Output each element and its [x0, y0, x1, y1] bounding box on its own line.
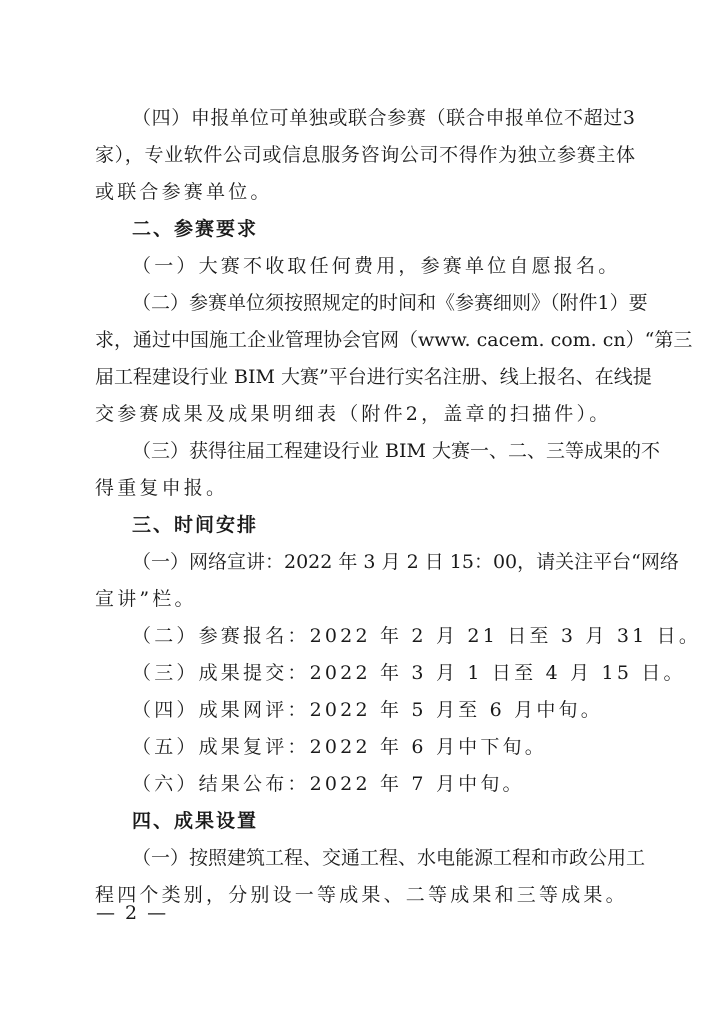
paragraph-line: （一）按照建筑工程、交通工程、水电能源工程和市政公用工: [132, 840, 635, 877]
paragraph-line: 程四个类别，分别设一等成果、二等成果和三等成果。: [95, 877, 628, 914]
paragraph-line: （四）申报单位可单独或联合参赛（联合申报单位不超过3: [132, 100, 635, 137]
paragraph-line: （三）获得往届工程建设行业 BIM 大赛一、二、三等成果的不: [132, 433, 635, 470]
section-heading-awards: 四、成果设置: [132, 803, 258, 840]
paragraph-line: 家），专业软件公司或信息服务咨询公司不得作为独立参赛主体: [95, 137, 635, 174]
section-heading-requirements: 二、参赛要求: [132, 211, 258, 248]
paragraph-line: 宣讲”栏。: [95, 581, 197, 618]
paragraph-line: 交参赛成果及成果明细表（附件2，盖章的扫描件）。: [95, 396, 611, 433]
paragraph-line: 届工程建设行业 BIM 大赛”平台进行实名注册、线上报名、在线提: [95, 359, 635, 396]
paragraph-line: （一）网络宣讲：2022 年 3 月 2 日 15：00，请关注平台“网络: [132, 544, 635, 581]
schedule-item-online-review: （四）成果网评：2022 年 5 月至 6 月中旬。: [132, 692, 603, 729]
schedule-item-final-review: （五）成果复评：2022 年 6 月中下旬。: [132, 729, 547, 766]
paragraph-line: （二）参赛单位须按照规定的时间和《参赛细则》（附件1）要: [132, 285, 635, 322]
page-number: — 2 —: [96, 898, 168, 928]
schedule-item-announcement: （六）结果公布：2022 年 7 月中旬。: [132, 766, 525, 803]
paragraph-line: （一）大赛不收取任何费用，参赛单位自愿报名。: [132, 248, 620, 285]
schedule-item-submission: （三）成果提交：2022 年 3 月 1 日至 4 月 15 日。: [132, 655, 686, 692]
paragraph-line: 或联合参赛单位。: [95, 174, 273, 211]
schedule-item-registration: （二）参赛报名：2022 年 2 月 21 日至 3 月 31 日。: [132, 618, 701, 655]
paragraph-line: 求，通过中国施工企业管理协会官网（www. cacem. com. cn）“第三: [95, 322, 635, 359]
paragraph-line: 得重复申报。: [95, 470, 228, 507]
section-heading-schedule: 三、时间安排: [132, 507, 258, 544]
